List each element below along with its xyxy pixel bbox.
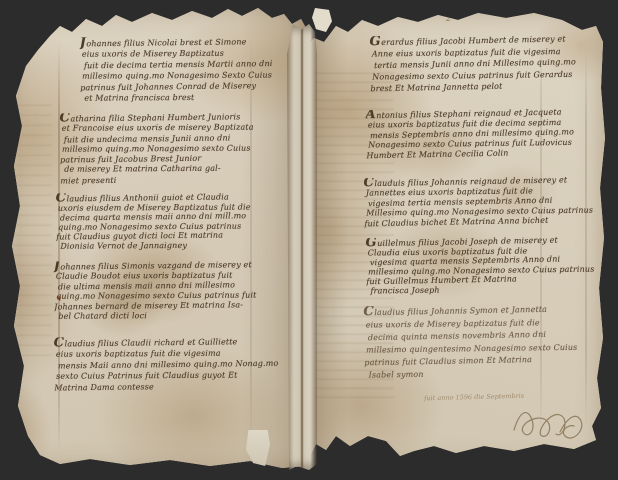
folio-mark: 2 xyxy=(446,14,451,23)
manuscript-line: bel Chatard dicti loci xyxy=(58,310,304,322)
manuscript-line: et Matrina francisca brest xyxy=(84,91,300,103)
manuscript-line: Anne eius uxoris baptizatus fuit die vig… xyxy=(372,45,602,60)
baptism-entry: Guillelmus filius Jacobi Joseph de miser… xyxy=(365,234,600,297)
manuscript-line: Claudie Boudot eius uxoris baptizatus fu… xyxy=(56,270,304,282)
baptism-entry: Clauduis filius Johannis reignaud de mis… xyxy=(364,174,603,230)
torn-paper-tab xyxy=(312,8,332,32)
manuscript-line: millesimo quingentesimo Nonagesimo sexto… xyxy=(366,341,602,357)
manuscript-line: Isabel symon xyxy=(369,366,603,382)
manuscript-line: francisca Joseph xyxy=(370,283,600,296)
manuscript-line: uxoris eiusdem de Miserey Baptizatus fui… xyxy=(58,202,302,213)
baptism-entry: Claudius filius Johannis Symon et Jannet… xyxy=(363,302,602,383)
manuscript-line: et Francoise eius uxoris de miserey Bapt… xyxy=(62,123,302,135)
baptism-entry: Johannes filius Nicolai brest et Simonee… xyxy=(80,35,301,105)
manuscript-line: miet presenti xyxy=(60,173,302,186)
manuscript-line: Nonagesimo sexto Cuius patrinus fuit Ger… xyxy=(372,68,602,83)
baptism-entry: Claudius filius Anthonii guiot et Claudi… xyxy=(56,190,303,252)
right-page: 2 Gerardus filius Jacobi Humbert de mise… xyxy=(306,8,606,470)
manuscript-line: Matrina Dama contesse xyxy=(54,380,298,394)
manuscript-line: quing.mo Nonagesimo sexto Cuius patrinus… xyxy=(56,290,304,302)
book-spine xyxy=(287,24,317,470)
manuscript-line: de miserey Et matrina Catharina gal- xyxy=(64,164,302,176)
left-page: Johannes filius Nicolai brest et Simonee… xyxy=(10,6,306,472)
manuscript-line: eius uxoris de Miserey Baptizatus xyxy=(82,47,300,59)
manuscript-line: eius uxoris de Miserey baptizatus fuit d… xyxy=(366,316,602,332)
baptism-entry: Johannes filius Simonis vazgand de miser… xyxy=(54,258,305,322)
signature-flourish xyxy=(510,398,588,448)
manuscript-scan: Johannes filius Nicolai brest et Simonee… xyxy=(0,0,618,480)
manuscript-line: quing.mo Nonagesimo sexto Cuius patrinus xyxy=(58,221,302,232)
manuscript-line: millesimo quing.mo Nonagesimo Sexto Cuiu… xyxy=(82,69,300,81)
manuscript-line: Dionisia Vernot de Jannaigney xyxy=(60,240,302,251)
manuscript-line: sexto Cuius Patrinus fuit Claudius guyot… xyxy=(56,369,298,381)
baptism-entry: Claudius filius Claudii richard et Guill… xyxy=(54,335,299,394)
baptism-entry: Antonius filius Stephani reignaud et Jac… xyxy=(366,106,603,162)
manuscript-line: millesimo quing.mo Nonagesimo sexto Cuiu… xyxy=(62,143,302,155)
manuscript-line: eius uxoris baptizatus fuit die vigesima xyxy=(56,347,298,359)
baptism-entry: Catharina filia Stephani Humbert Juniori… xyxy=(60,111,303,187)
baptism-entry: Gerardus filius Jacobi Humbert de misere… xyxy=(369,32,602,95)
